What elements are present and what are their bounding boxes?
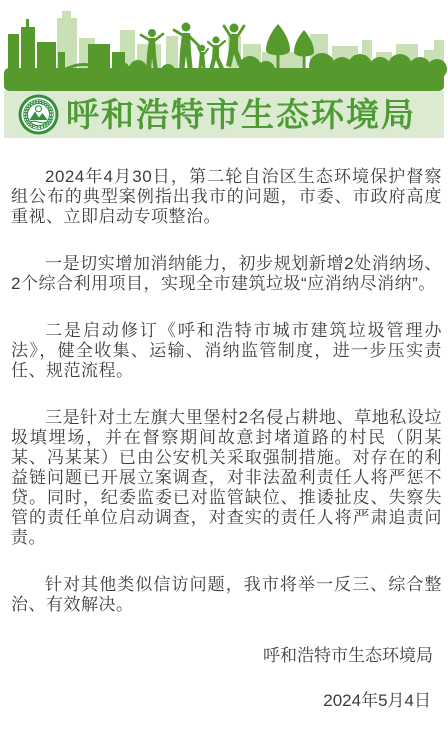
- org-header-bar: 呼和浩特市生态环境局: [4, 91, 444, 138]
- paragraph-intro: 2024年4月30日，第二轮自治区生态环境保护督察组公布的典型案例指出我市的问题…: [11, 167, 442, 227]
- paragraph-measure-2: 二是启动修订《呼和浩特市城市建筑垃圾管理办法》，健全收集、运输、消纳监管制度，进…: [11, 321, 442, 381]
- city-skyline-banner-illustration: [0, 0, 448, 91]
- ground-bar: [4, 68, 444, 91]
- article-body: 2024年4月30日，第二轮自治区生态环境保护督察组公布的典型案例指出我市的问题…: [0, 138, 448, 615]
- paragraph-measure-3: 三是针对土左旗大里堡村2名侵占耕地、草地私设垃圾填埋场，并在督察期间故意封堵道路…: [11, 408, 442, 548]
- notice-page: 呼和浩特市生态环境局 2024年4月30日，第二轮自治区生态环境保护督察组公布的…: [0, 0, 448, 747]
- environmental-protection-emblem-icon: [18, 94, 59, 135]
- org-title: 呼和浩特市生态环境局: [66, 91, 444, 138]
- paragraph-closing: 针对其他类似信访问题，我市将举一反三、综合整治、有效解决。: [11, 575, 442, 615]
- signature-org: 呼和浩特市生态环境局: [0, 646, 448, 666]
- signature-date: 2024年5月4日: [0, 691, 448, 711]
- paragraph-measure-1: 一是切实增加消纳能力，初步规划新增2处消纳场、2个综合利用项目，实现全市建筑垃圾…: [11, 254, 442, 294]
